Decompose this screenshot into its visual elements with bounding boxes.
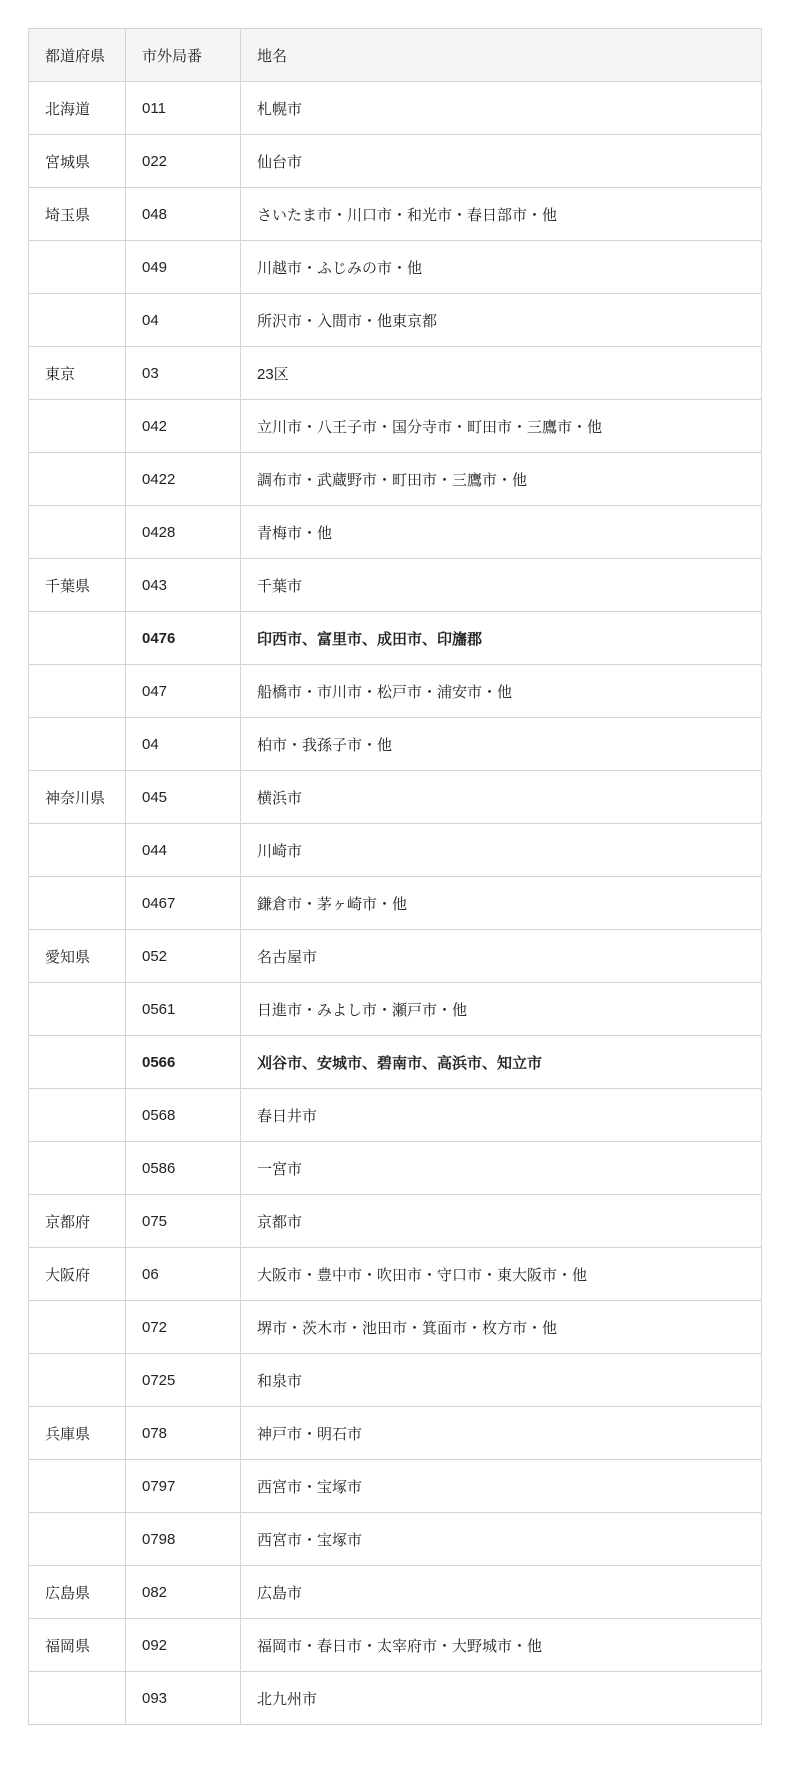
header-row: 都道府県 市外局番 地名 bbox=[29, 29, 762, 82]
place-cell: 印西市、富里市、成田市、印旛郡 bbox=[241, 612, 762, 665]
table-row: 093 北九州市 bbox=[29, 1672, 762, 1725]
prefecture-cell bbox=[29, 612, 126, 665]
area-code-cell: 022 bbox=[126, 135, 241, 188]
place-cell: 青梅市・他 bbox=[241, 506, 762, 559]
prefecture-cell bbox=[29, 400, 126, 453]
place-cell: 札幌市 bbox=[241, 82, 762, 135]
header-prefecture: 都道府県 bbox=[29, 29, 126, 82]
table-row: 大阪府 06 大阪市・豊中市・吹田市・守口市・東大阪市・他 bbox=[29, 1248, 762, 1301]
area-code-cell: 0798 bbox=[126, 1513, 241, 1566]
place-cell: 福岡市・春日市・太宰府市・大野城市・他 bbox=[241, 1619, 762, 1672]
prefecture-cell bbox=[29, 506, 126, 559]
area-code-cell: 0586 bbox=[126, 1142, 241, 1195]
area-code-table: 都道府県 市外局番 地名 北海道 011 札幌市 宮城県 022 仙台市 埼玉県… bbox=[28, 28, 762, 1725]
prefecture-cell: 大阪府 bbox=[29, 1248, 126, 1301]
header-area-code: 市外局番 bbox=[126, 29, 241, 82]
table-row: 04 柏市・我孫子市・他 bbox=[29, 718, 762, 771]
table-row: 福岡県 092 福岡市・春日市・太宰府市・大野城市・他 bbox=[29, 1619, 762, 1672]
area-code-cell: 043 bbox=[126, 559, 241, 612]
table-row: 京都府 075 京都市 bbox=[29, 1195, 762, 1248]
area-code-cell: 082 bbox=[126, 1566, 241, 1619]
place-cell: 鎌倉市・茅ヶ崎市・他 bbox=[241, 877, 762, 930]
place-cell: 23区 bbox=[241, 347, 762, 400]
prefecture-cell bbox=[29, 1089, 126, 1142]
prefecture-cell: 千葉県 bbox=[29, 559, 126, 612]
table-row: 0566 刈谷市、安城市、碧南市、高浜市、知立市 bbox=[29, 1036, 762, 1089]
area-code-cell: 049 bbox=[126, 241, 241, 294]
table-row: 埼玉県 048 さいたま市・川口市・和光市・春日部市・他 bbox=[29, 188, 762, 241]
table-row: 広島県 082 広島市 bbox=[29, 1566, 762, 1619]
area-code-cell: 092 bbox=[126, 1619, 241, 1672]
area-code-cell: 0797 bbox=[126, 1460, 241, 1513]
place-cell: 仙台市 bbox=[241, 135, 762, 188]
place-cell: 京都市 bbox=[241, 1195, 762, 1248]
area-code-cell: 04 bbox=[126, 718, 241, 771]
area-code-cell: 0428 bbox=[126, 506, 241, 559]
prefecture-cell bbox=[29, 718, 126, 771]
place-cell: 川越市・ふじみの市・他 bbox=[241, 241, 762, 294]
table-row: 宮城県 022 仙台市 bbox=[29, 135, 762, 188]
table-row: 049 川越市・ふじみの市・他 bbox=[29, 241, 762, 294]
prefecture-cell: 北海道 bbox=[29, 82, 126, 135]
area-code-cell: 0422 bbox=[126, 453, 241, 506]
prefecture-cell: 愛知県 bbox=[29, 930, 126, 983]
table-row: 0797 西宮市・宝塚市 bbox=[29, 1460, 762, 1513]
area-code-cell: 052 bbox=[126, 930, 241, 983]
place-cell: 名古屋市 bbox=[241, 930, 762, 983]
area-code-cell: 044 bbox=[126, 824, 241, 877]
table-row: 0428 青梅市・他 bbox=[29, 506, 762, 559]
prefecture-cell bbox=[29, 1036, 126, 1089]
area-code-cell: 0568 bbox=[126, 1089, 241, 1142]
table-row: 072 堺市・茨木市・池田市・箕面市・枚方市・他 bbox=[29, 1301, 762, 1354]
place-cell: 一宮市 bbox=[241, 1142, 762, 1195]
table-row: 兵庫県 078 神戸市・明石市 bbox=[29, 1407, 762, 1460]
place-cell: 和泉市 bbox=[241, 1354, 762, 1407]
place-cell: 西宮市・宝塚市 bbox=[241, 1513, 762, 1566]
table-row: 神奈川県 045 横浜市 bbox=[29, 771, 762, 824]
prefecture-cell: 福岡県 bbox=[29, 1619, 126, 1672]
area-code-cell: 078 bbox=[126, 1407, 241, 1460]
area-code-cell: 075 bbox=[126, 1195, 241, 1248]
area-code-cell: 03 bbox=[126, 347, 241, 400]
table-row: 044 川崎市 bbox=[29, 824, 762, 877]
place-cell: 日進市・みよし市・瀬戸市・他 bbox=[241, 983, 762, 1036]
area-code-cell: 093 bbox=[126, 1672, 241, 1725]
area-code-cell: 045 bbox=[126, 771, 241, 824]
prefecture-cell bbox=[29, 1460, 126, 1513]
area-code-cell: 0476 bbox=[126, 612, 241, 665]
area-code-cell: 06 bbox=[126, 1248, 241, 1301]
place-cell: 堺市・茨木市・池田市・箕面市・枚方市・他 bbox=[241, 1301, 762, 1354]
table-row: 042 立川市・八王子市・国分寺市・町田市・三鷹市・他 bbox=[29, 400, 762, 453]
place-cell: 立川市・八王子市・国分寺市・町田市・三鷹市・他 bbox=[241, 400, 762, 453]
prefecture-cell: 京都府 bbox=[29, 1195, 126, 1248]
table-row: 0586 一宮市 bbox=[29, 1142, 762, 1195]
prefecture-cell: 埼玉県 bbox=[29, 188, 126, 241]
table-row: 0568 春日井市 bbox=[29, 1089, 762, 1142]
area-code-cell: 0725 bbox=[126, 1354, 241, 1407]
prefecture-cell bbox=[29, 665, 126, 718]
place-cell: 船橋市・市川市・松戸市・浦安市・他 bbox=[241, 665, 762, 718]
prefecture-cell: 広島県 bbox=[29, 1566, 126, 1619]
table-body: 北海道 011 札幌市 宮城県 022 仙台市 埼玉県 048 さいたま市・川口… bbox=[29, 82, 762, 1725]
prefecture-cell bbox=[29, 453, 126, 506]
prefecture-cell bbox=[29, 294, 126, 347]
place-cell: 北九州市 bbox=[241, 1672, 762, 1725]
prefecture-cell bbox=[29, 1142, 126, 1195]
area-code-cell: 0566 bbox=[126, 1036, 241, 1089]
prefecture-cell bbox=[29, 1354, 126, 1407]
table-row: 04 所沢市・入間市・他東京都 bbox=[29, 294, 762, 347]
area-code-cell: 047 bbox=[126, 665, 241, 718]
prefecture-cell bbox=[29, 877, 126, 930]
table-row: 北海道 011 札幌市 bbox=[29, 82, 762, 135]
prefecture-cell: 東京 bbox=[29, 347, 126, 400]
prefecture-cell bbox=[29, 1301, 126, 1354]
place-cell: 調布市・武蔵野市・町田市・三鷹市・他 bbox=[241, 453, 762, 506]
prefecture-cell bbox=[29, 983, 126, 1036]
prefecture-cell bbox=[29, 824, 126, 877]
table-header: 都道府県 市外局番 地名 bbox=[29, 29, 762, 82]
prefecture-cell bbox=[29, 1672, 126, 1725]
prefecture-cell: 宮城県 bbox=[29, 135, 126, 188]
area-code-cell: 0561 bbox=[126, 983, 241, 1036]
place-cell: 川崎市 bbox=[241, 824, 762, 877]
table-row: 0725 和泉市 bbox=[29, 1354, 762, 1407]
place-cell: 刈谷市、安城市、碧南市、高浜市、知立市 bbox=[241, 1036, 762, 1089]
table-row: 0467 鎌倉市・茅ヶ崎市・他 bbox=[29, 877, 762, 930]
area-code-cell: 072 bbox=[126, 1301, 241, 1354]
place-cell: 大阪市・豊中市・吹田市・守口市・東大阪市・他 bbox=[241, 1248, 762, 1301]
place-cell: 柏市・我孫子市・他 bbox=[241, 718, 762, 771]
table-row: 愛知県 052 名古屋市 bbox=[29, 930, 762, 983]
place-cell: 所沢市・入間市・他東京都 bbox=[241, 294, 762, 347]
table-row: 千葉県 043 千葉市 bbox=[29, 559, 762, 612]
prefecture-cell bbox=[29, 1513, 126, 1566]
area-code-cell: 0467 bbox=[126, 877, 241, 930]
place-cell: 広島市 bbox=[241, 1566, 762, 1619]
table-row: 0476 印西市、富里市、成田市、印旛郡 bbox=[29, 612, 762, 665]
table-row: 0798 西宮市・宝塚市 bbox=[29, 1513, 762, 1566]
place-cell: 西宮市・宝塚市 bbox=[241, 1460, 762, 1513]
area-code-cell: 042 bbox=[126, 400, 241, 453]
area-code-cell: 04 bbox=[126, 294, 241, 347]
page: 都道府県 市外局番 地名 北海道 011 札幌市 宮城県 022 仙台市 埼玉県… bbox=[0, 0, 800, 1758]
area-code-cell: 011 bbox=[126, 82, 241, 135]
place-cell: 春日井市 bbox=[241, 1089, 762, 1142]
table-row: 東京 03 23区 bbox=[29, 347, 762, 400]
place-cell: 千葉市 bbox=[241, 559, 762, 612]
place-cell: 神戸市・明石市 bbox=[241, 1407, 762, 1460]
prefecture-cell: 兵庫県 bbox=[29, 1407, 126, 1460]
table-row: 047 船橋市・市川市・松戸市・浦安市・他 bbox=[29, 665, 762, 718]
table-row: 0561 日進市・みよし市・瀬戸市・他 bbox=[29, 983, 762, 1036]
area-code-cell: 048 bbox=[126, 188, 241, 241]
place-cell: さいたま市・川口市・和光市・春日部市・他 bbox=[241, 188, 762, 241]
prefecture-cell: 神奈川県 bbox=[29, 771, 126, 824]
table-row: 0422 調布市・武蔵野市・町田市・三鷹市・他 bbox=[29, 453, 762, 506]
header-place: 地名 bbox=[241, 29, 762, 82]
place-cell: 横浜市 bbox=[241, 771, 762, 824]
prefecture-cell bbox=[29, 241, 126, 294]
